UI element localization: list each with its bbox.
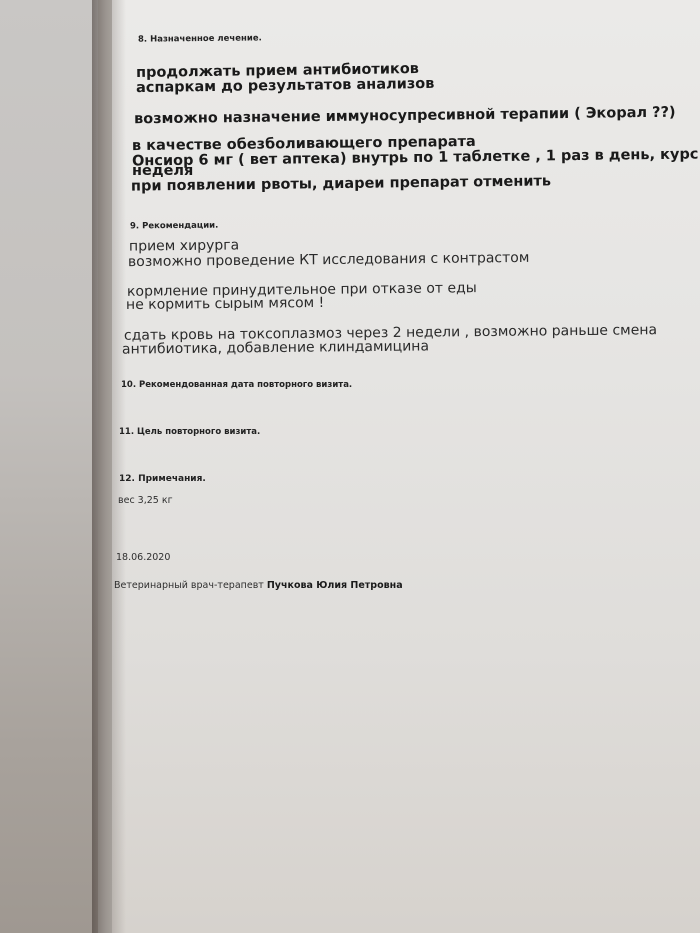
section-8-heading: 8. Назначенное лечение. <box>138 34 262 44</box>
recommendation-line: прием хирурга <box>129 238 239 253</box>
signature: Ветеринарный врач-терапевт Пучкова Юлия … <box>114 581 403 591</box>
page-fold-shadow <box>92 0 126 933</box>
treatment-line: неделя <box>132 164 193 179</box>
recommendation-line: не кормить сырым мясом ! <box>126 296 324 312</box>
signature-name: Пучкова Юлия Петровна <box>267 580 403 591</box>
adjacent-page <box>0 0 98 933</box>
section-11-heading: 11. Цель повторного визита. <box>119 428 260 437</box>
document-date: 18.06.2020 <box>116 553 170 563</box>
weight-note: вес 3,25 кг <box>118 496 173 506</box>
section-10-heading: 10. Рекомендованная дата повторного визи… <box>121 381 352 390</box>
section-9-heading: 9. Рекомендации. <box>130 222 218 231</box>
signature-role: Ветеринарный врач-терапевт <box>114 580 264 591</box>
recommendation-line: антибиотика, добавление клиндамицина <box>122 339 429 356</box>
section-12-heading: 12. Примечания. <box>119 475 206 484</box>
recommendation-line: возможно проведение КТ исследования с ко… <box>128 251 529 269</box>
